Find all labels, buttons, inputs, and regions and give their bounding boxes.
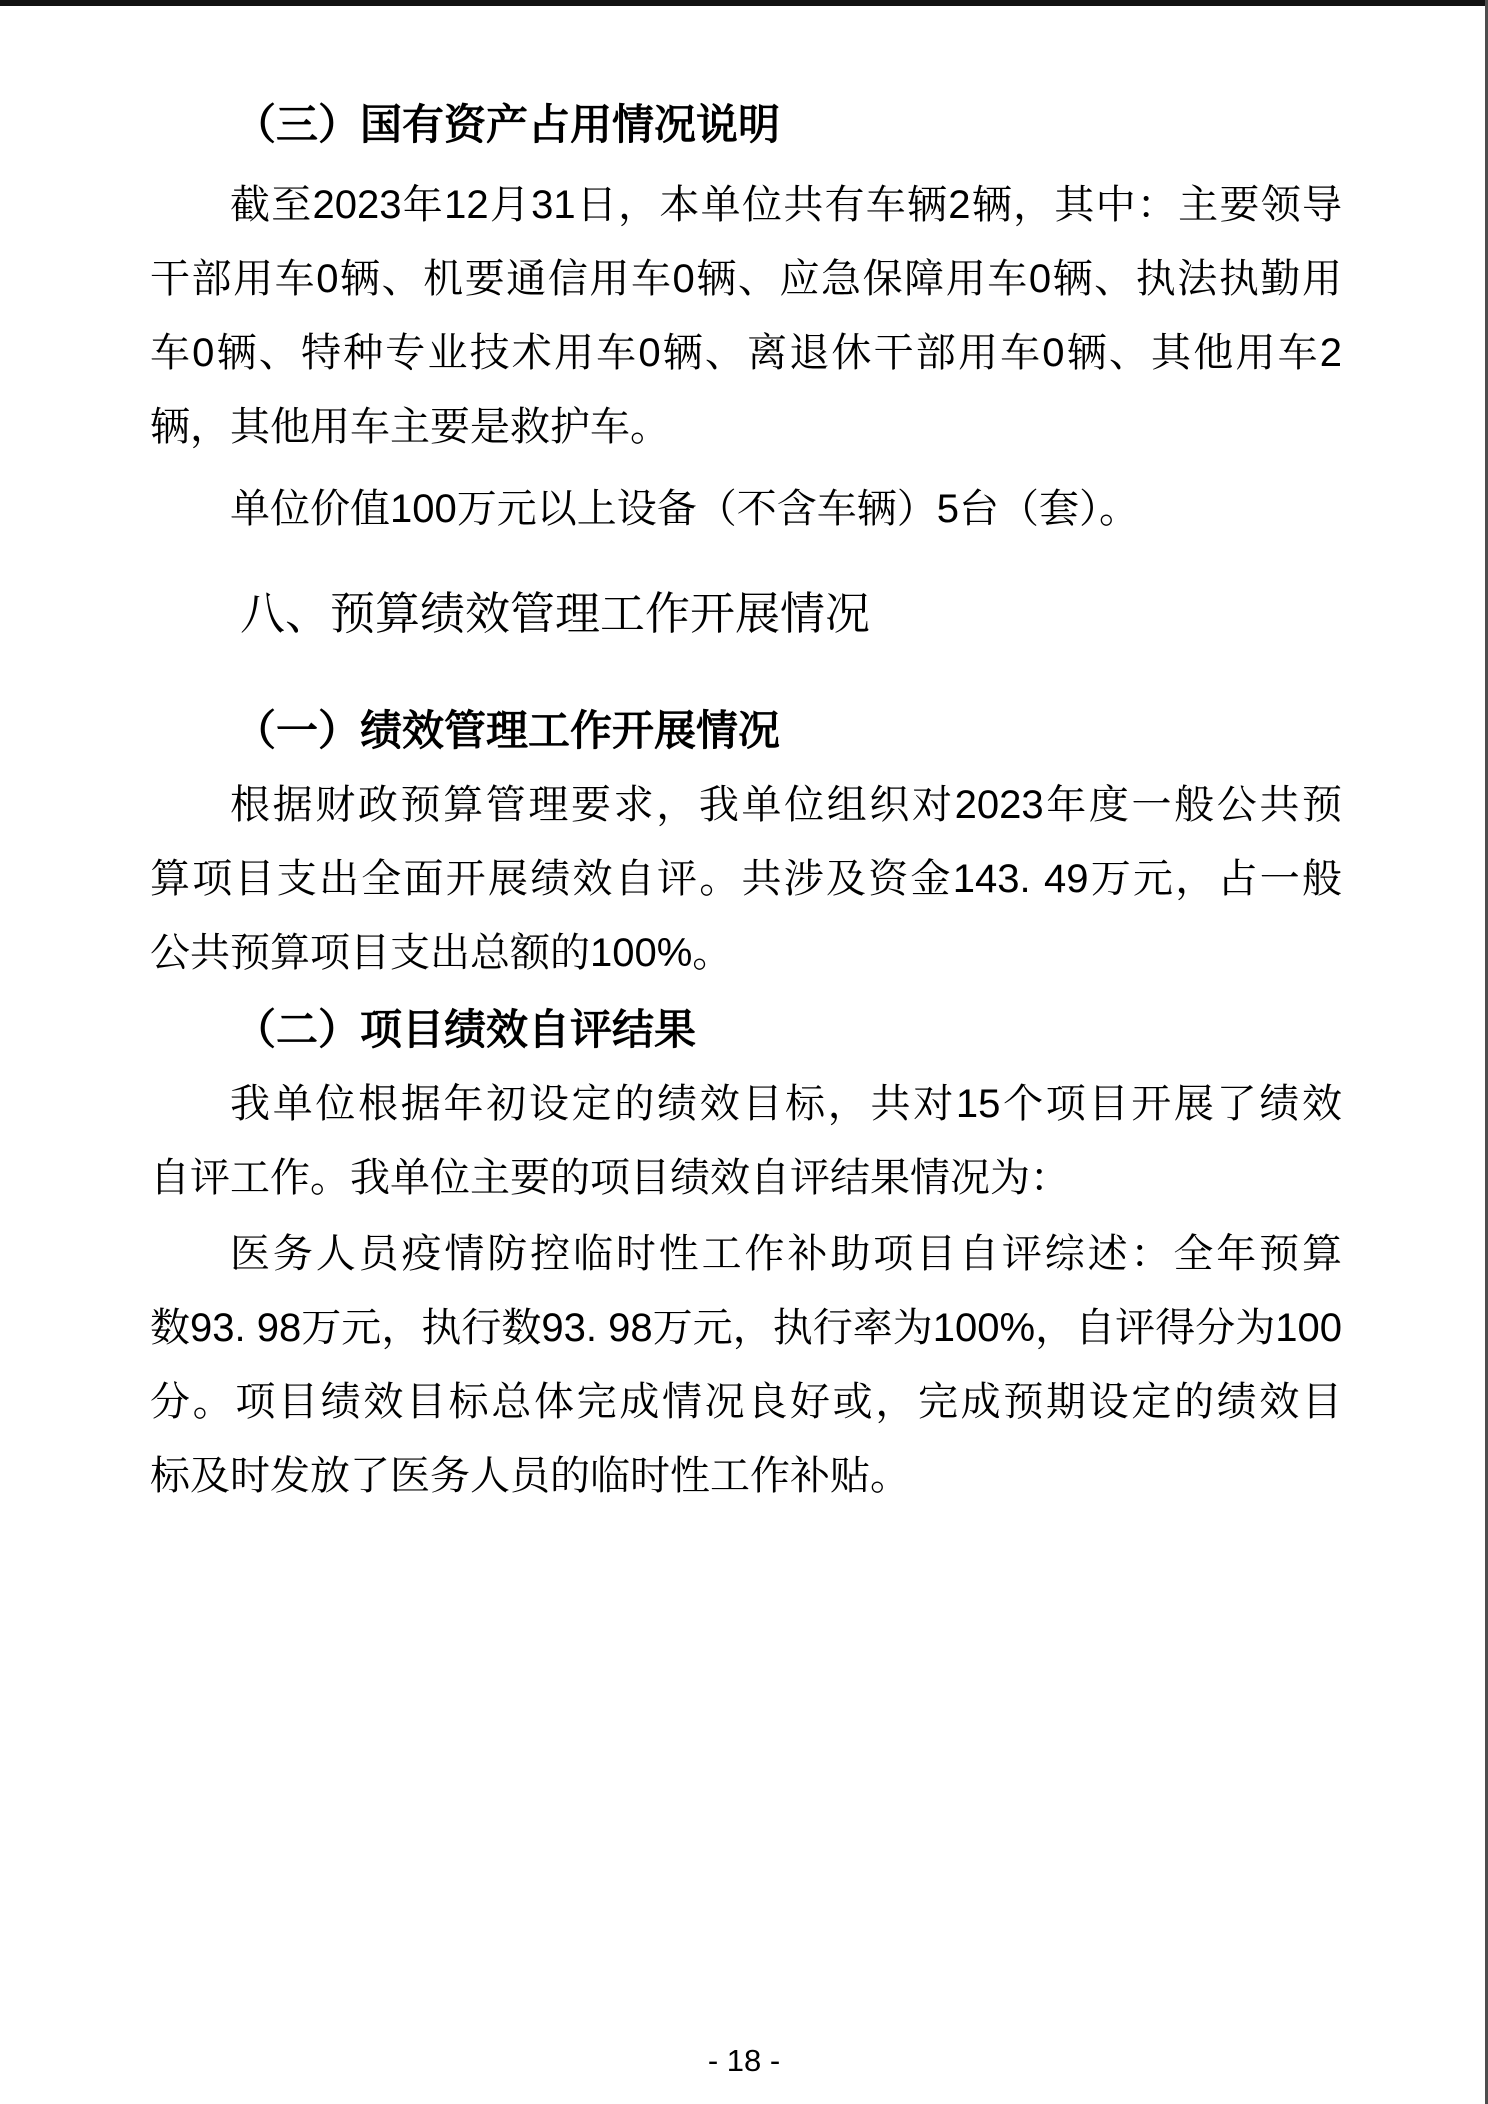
heading-self-evaluation: （二）项目绩效自评结果 — [150, 993, 1342, 1067]
text-line: 干部用车0辆、机要通信用车0辆、应急保障用车0辆、执法执勤用 — [150, 242, 1342, 316]
paragraph-equipment: 单位价值100万元以上设备（不含车辆）5台（套）。 — [150, 472, 1342, 546]
heading-performance-management: （一）绩效管理工作开展情况 — [150, 694, 1342, 768]
paragraph-project-summary: 医务人员疫情防控临时性工作补助项目自评综述：全年预算 数93. 98万元，执行数… — [150, 1217, 1342, 1513]
text-line: 我单位根据年初设定的绩效目标，共对15个项目开展了绩效 — [150, 1067, 1342, 1141]
document-page: （三）国有资产占用情况说明 截至2023年12月31日，本单位共有车辆2辆，其中… — [0, 0, 1488, 2104]
text-line: 辆，其他用车主要是救护车。 — [150, 390, 1342, 464]
paragraph-performance: 根据财政预算管理要求，我单位组织对2023年度一般公共预 算项目支出全面开展绩效… — [150, 768, 1342, 990]
document-body: （三）国有资产占用情况说明 截至2023年12月31日，本单位共有车辆2辆，其中… — [150, 88, 1342, 1513]
text-line: 数93. 98万元，执行数93. 98万元，执行率为100%，自评得分为100 — [150, 1291, 1342, 1365]
text-line: 自评工作。我单位主要的项目绩效自评结果情况为： — [150, 1141, 1342, 1215]
heading-state-assets: （三）国有资产占用情况说明 — [150, 88, 1342, 162]
text-line: 分。项目绩效目标总体完成情况良好或，完成预期设定的绩效目 — [150, 1365, 1342, 1439]
heading-chapter-eight: 八、预算绩效管理工作开展情况 — [150, 577, 1342, 651]
text-line: 单位价值100万元以上设备（不含车辆）5台（套）。 — [150, 472, 1342, 546]
paragraph-vehicles: 截至2023年12月31日，本单位共有车辆2辆，其中：主要领导 干部用车0辆、机… — [150, 168, 1342, 464]
text-line: 车0辆、特种专业技术用车0辆、离退休干部用车0辆、其他用车2 — [150, 316, 1342, 390]
scan-edge-top — [0, 0, 1488, 6]
text-line: 根据财政预算管理要求，我单位组织对2023年度一般公共预 — [150, 768, 1342, 842]
text-line: 截至2023年12月31日，本单位共有车辆2辆，其中：主要领导 — [150, 168, 1342, 242]
paragraph-self-eval-intro: 我单位根据年初设定的绩效目标，共对15个项目开展了绩效 自评工作。我单位主要的项… — [150, 1067, 1342, 1215]
text-line: 标及时发放了医务人员的临时性工作补贴。 — [150, 1439, 1342, 1513]
text-line: 公共预算项目支出总额的100%。 — [150, 916, 1342, 990]
text-line: 算项目支出全面开展绩效自评。共涉及资金143. 49万元，占一般 — [150, 842, 1342, 916]
page-number: - 18 - — [0, 2042, 1488, 2080]
text-line: 医务人员疫情防控临时性工作补助项目自评综述：全年预算 — [150, 1217, 1342, 1291]
